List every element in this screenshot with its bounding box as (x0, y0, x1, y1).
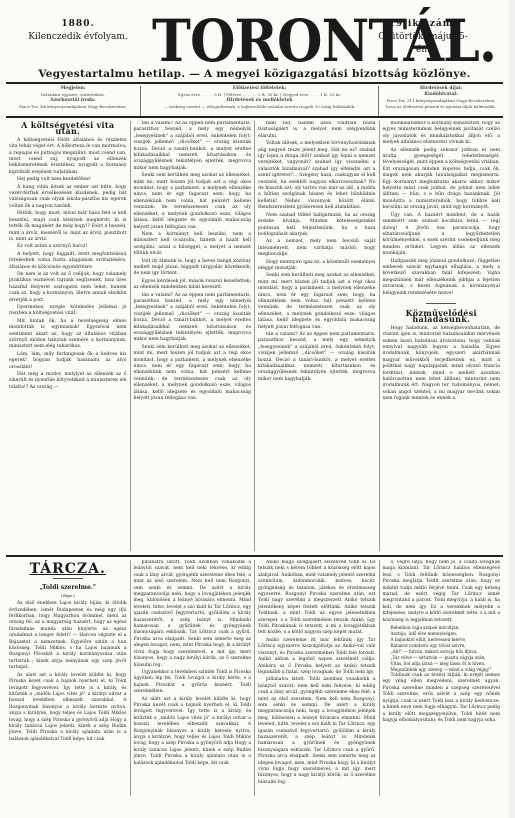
paragraph: Nem a kormányt kell leszólni, nem a mini… (134, 232, 252, 258)
newspaper-title: TORONTÁL. (152, 6, 368, 76)
ornament-divider (53, 578, 83, 579)
paragraph: Az ellenzék pedig sokszor jobban el nem … (383, 148, 501, 212)
paragraph: tán a valami? Az az éppen nem parlamenta… (134, 121, 252, 172)
newspaper-page: 1880. Kilenczedik évfolyam. TORONTÁL. 19… (0, 0, 515, 818)
paragraph: Hogy haladunk, az kétségbevonhatatlan, d… (383, 326, 501, 403)
paragraph: Hittük, hogy most, mivel már haza felé i… (9, 211, 127, 243)
paragraph: Gyermekes, nyegle kötekedés jellemzi jó … (9, 305, 127, 318)
paragraph: pillanatra látott. Toldi azonban vonakod… (258, 677, 376, 786)
paragraph: Ugyanekkor a teremben szintén Toldi is P… (134, 670, 252, 696)
story-title: „Toldi szerelme." (9, 585, 127, 591)
paragraph: munkálatokkor a kormány kunaltatott, hog… (383, 121, 501, 147)
info-appearance: Megjelen: hetenkint egyszer, csütörtökön… (6, 86, 141, 116)
column-3: nem tud, hanem azon vaiitban hozni tiszt… (255, 121, 380, 551)
feuilleton-column-1: TÁRCZA. „Toldi szerelme." (Vége.) Az els… (6, 560, 131, 796)
paragraph: Hej pedig volt nem kezdetéhez! (9, 177, 127, 183)
paragraph: A költségvetési fölött általános és rész… (9, 138, 127, 176)
paragraph: Az alatt azt a király levelét küldte ki,… (134, 697, 252, 767)
paragraph: Senki sem kerülheti meg azokat az ellens… (134, 173, 252, 231)
main-columns: A költségvetési vita után. A költségveté… (6, 121, 503, 551)
feuilleton-rule (6, 555, 503, 557)
paragraph: ő, végre látja, hogy nem jó, a csalfa lo… (383, 560, 501, 624)
feuilleton-column-3: Anikó maga szolgájáért elszenved több el… (255, 560, 380, 796)
paragraph: Anikó szereleme itt már feltűnik; így Ta… (258, 638, 376, 676)
paragraph: Az a nemzet, mely nem becsüli saját inté… (258, 239, 376, 258)
paragraph: Lám, lám, mily furfangosak ők a kedves k… (9, 352, 127, 371)
article-heading: A költségvetési vita után. (9, 122, 127, 135)
masthead-right: 19-ik szám. Csütörtök, május 5-én. (373, 18, 473, 57)
paragraph: Anikó maga szolgájáért elszenved több el… (258, 560, 376, 637)
paragraph: nem tud, hanem azon vaiitban hozni tiszt… (258, 121, 376, 140)
section-divider (426, 303, 456, 304)
paragraph: Egyes kérdések jól, mások rosszul kezelt… (134, 279, 252, 292)
paragraph: Nem szabad többé hallgatnunk, ha az orsz… (258, 213, 376, 239)
info-publisher: Hirdetések díjai: Kiadóhivatal: Piacz-Te… (379, 86, 503, 116)
feuilleton-section: TÁRCZA. „Toldi szerelme." (Vége.) Az els… (6, 560, 503, 796)
paragraph: tán a valami? Az az éppen nem parlamenta… (258, 332, 376, 383)
paragraph: De nem is az volt az ő czéljuk, hogy val… (9, 272, 127, 304)
info-rule (6, 116, 503, 118)
paragraph: Senki sem kerülheti meg azokat az ellens… (134, 345, 252, 403)
paragraph: Hogy mennyire igaz ez, a közelmúlt esemé… (258, 260, 376, 273)
column-4: munkálatokkor a kormány kunaltatott, hog… (380, 121, 504, 551)
editorial-text: Piacz-Ter. 3ik kőnyvnyomdájában Nagy-Bec… (9, 104, 137, 110)
paragraph: Hát még a modor, melylyel az ellenzék az… (9, 372, 127, 391)
paragraph: Toldinak csak az érzést látják, ki erejé… (383, 673, 501, 724)
paragraph: A helyett, hogy higgadt, érett megfontol… (9, 252, 127, 271)
paragraph: Az alatt azt a király levelét küldte ki,… (9, 673, 127, 743)
paragraph: A hang vitán ilések az ember azt hitte, … (9, 185, 127, 211)
info-subscription: Előfizetési föltételek: Egész évre . . .… (141, 86, 379, 116)
paragraph: Ez volt aztán a szörnyű harcz! (9, 244, 127, 250)
column-1: A költségvetési vita után. A költségveté… (6, 121, 131, 551)
paragraph: Volt ily álmunk is, hogy a heves hangú k… (134, 259, 252, 278)
info-bar: Megjelen: hetenkint egyszer, csütörtökön… (6, 86, 503, 116)
paragraph: Az első énekben Lajos király hiján, ki ö… (9, 601, 127, 671)
paragraph: Voltak ülések, a melyekben törvényhozóin… (258, 141, 376, 211)
feuilleton-title: TÁRCZA. (9, 566, 127, 572)
newspaper-subtitle: Vegyestartalmu hetilap. — A megyei közig… (0, 68, 509, 80)
paragraph: Úgy van. A hazáért mindent, de a hazát s… (383, 213, 501, 258)
feuilleton-column-2: pillanatra látott. Toldi azonban vonakod… (131, 560, 256, 796)
feuilleton-column-4: ő, végre látja, hogy nem jó, a csalfa lo… (380, 560, 504, 796)
article-heading: Közművelődési haladásunk. (383, 310, 501, 323)
column-2: tán a valami? Az az éppen nem parlamenta… (131, 121, 256, 551)
paragraph: tán a valami? Az az éppen nem parlamenta… (134, 293, 252, 344)
story-subtitle: (Vége.) (9, 593, 127, 599)
issue-number: 19-ik szám. (373, 18, 473, 31)
volume: Kilenczedik évfolyam. (28, 31, 128, 44)
paragraph: Mit hintak ők, ha a nevetségesig elmés m… (9, 319, 127, 351)
paragraph: Senki sem kerülheti meg azokat az ellens… (258, 273, 376, 331)
issue-date: Csütörtök, május 5-én. (373, 31, 473, 57)
paragraph: pillanatra látott. Toldi azonban vonakod… (134, 560, 252, 669)
masthead: 1880. Kilenczedik évfolyam. TORONTÁL. 19… (0, 0, 509, 82)
masthead-rule (6, 82, 503, 84)
publisher-text: Piacz-Ter. 311 kőnyvnyomdájában Nagy-Bec… (382, 98, 500, 110)
ads-text: — szükség szerint — elfogadtatnak; a leg… (144, 104, 375, 110)
year: 1880. (28, 18, 128, 31)
poem-excerpt: Rebellion vajja szépsé mivoltján, Asztáj… (383, 625, 501, 673)
paragraph: Hallgassák meg józanul gondolkozó, függe… (383, 259, 501, 297)
masthead-left: 1880. Kilenczedik évfolyam. (28, 18, 128, 44)
